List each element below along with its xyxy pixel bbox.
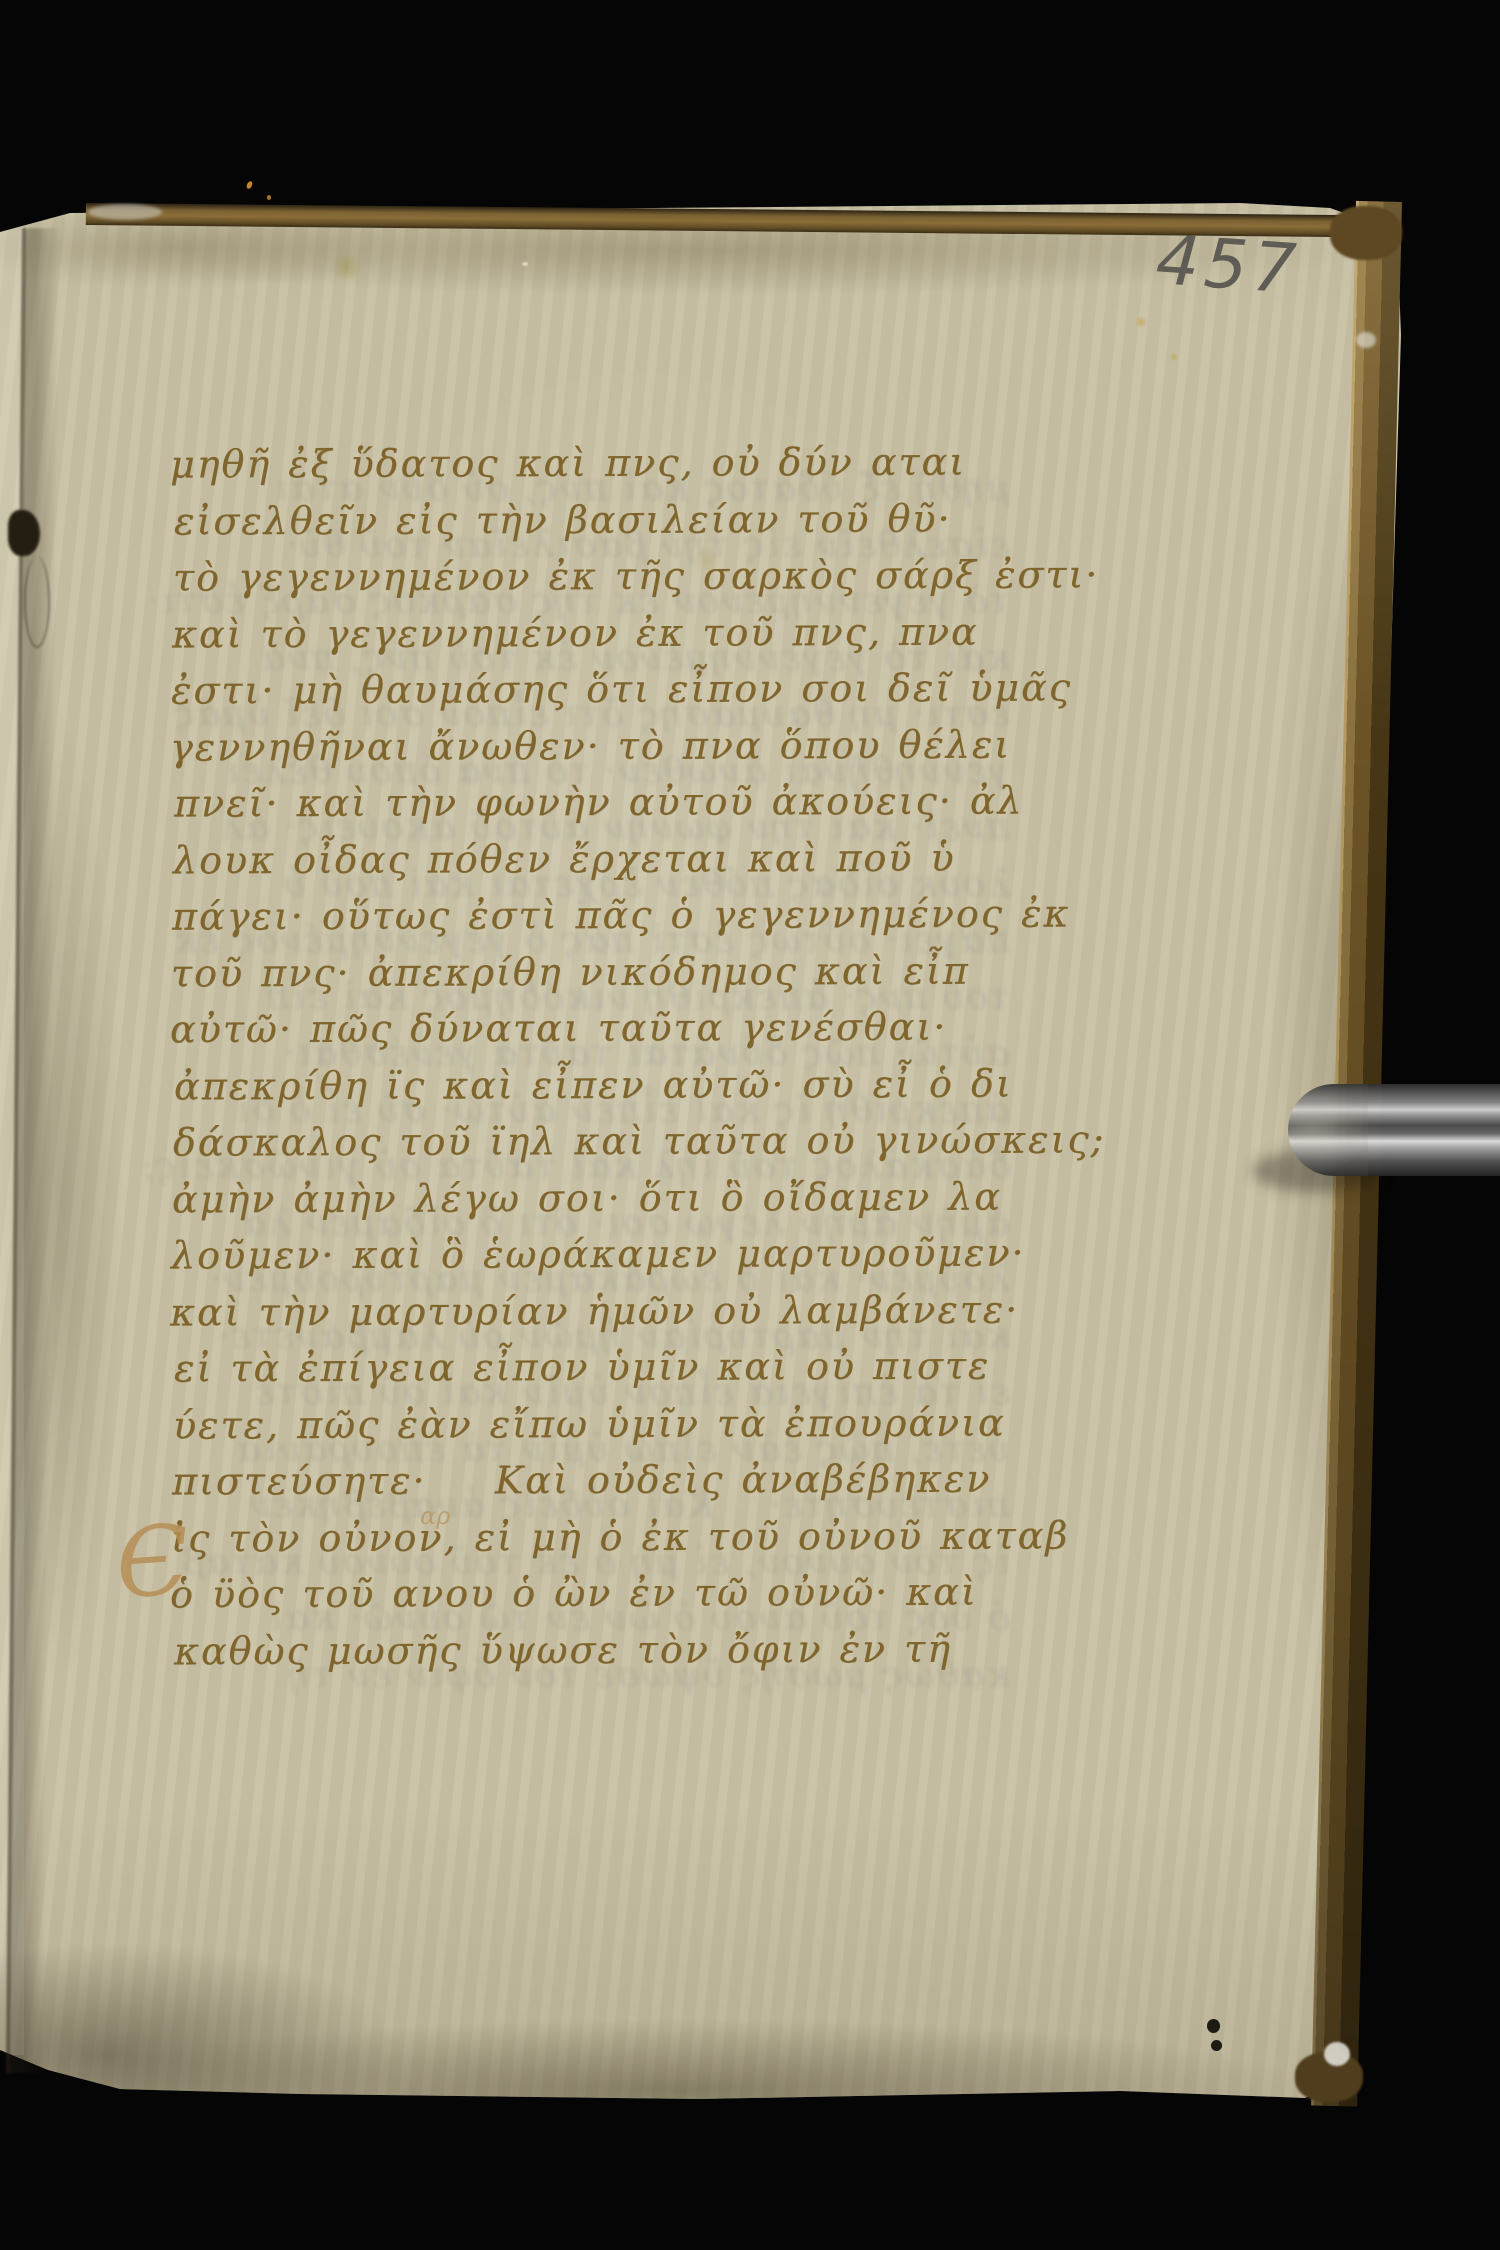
text-line: τὸ γεγεννημένον ἐκ τῆς σαρκὸς σάρξ ἐστι· bbox=[173, 552, 1099, 599]
text-line: δάσκαλος τοῦ ϊηλ καὶ ταῦτα οὐ γινώσκεις; bbox=[173, 1117, 1106, 1164]
text-line: καθὼς μωσῆς ὕψωσε τὸν ὄφιν ἐν τῆ bbox=[174, 1626, 952, 1673]
text-line: εἰ τὰ ἐπίγεια εἶπον ὑμῖν καὶ οὐ πιστε bbox=[174, 1344, 990, 1391]
glass-page-weight-rod bbox=[1288, 1084, 1500, 1176]
dust-speck bbox=[267, 195, 271, 200]
top-edge-scuff bbox=[88, 204, 162, 220]
ink-dot bbox=[1207, 2019, 1220, 2033]
text-line: καὶ τὴν μαρτυρίαν ἡμῶν οὐ λαμβάνετε· bbox=[170, 1287, 1019, 1334]
folio-number: 457 bbox=[1153, 221, 1303, 310]
text-line: αὐτῶ· πῶς δύναται ταῦτα γενέσθαι· bbox=[170, 1005, 947, 1052]
text-line: ἐστι· μὴ θαυμάσης ὅτι εἶπον σοι δεῖ ὑμᾶς bbox=[171, 665, 1072, 712]
text-line: ὁ ϋὸς τοῦ ανου ὁ ὢν ἐν τῶ οὐνῶ· καὶ bbox=[170, 1570, 978, 1617]
text-line: ἀπεκρίθη ϊς καὶ εἶπεν αὐτῶ· σὺ εἶ ὁ δι bbox=[174, 1061, 1013, 1108]
binding-notch bbox=[8, 510, 40, 556]
ink-dot bbox=[1211, 2040, 1222, 2051]
text-line: μηθῆ ἐξ ὕδατος καὶ πνς, οὐ δύν αται bbox=[170, 440, 966, 487]
text-line: λουκ οἶδας πόθεν ἔρχεται καὶ ποῦ ὑ bbox=[173, 835, 956, 882]
text-line: καὶ τὸ γεγεννημένον ἐκ τοῦ πνς, πνα bbox=[172, 609, 979, 656]
text-line: πνεῖ· καὶ τὴν φωνὴν αὐτοῦ ἀκούεις· ἀλ bbox=[174, 779, 1024, 826]
manuscript-photo: μηθῆ ἐξ ὕδατος καὶ πνς, οὐ δύν αταιεἰσελ… bbox=[0, 0, 1500, 2250]
dust-speck bbox=[522, 262, 528, 266]
corner-scuff bbox=[1356, 332, 1376, 348]
lection-mark: αρ bbox=[420, 1502, 450, 1530]
text-line: ἰς τὸν οὐνον, εἰ μὴ ὁ ἐκ τοῦ οὐνοῦ καταβ bbox=[171, 1513, 1069, 1560]
text-line: πάγει· οὕτως ἐστὶ πᾶς ὁ γεγεννημένος ἐκ bbox=[172, 891, 1070, 938]
text-line: γεννηθῆναι ἄνωθεν· τὸ πνα ὅπου θέλει bbox=[170, 722, 1011, 769]
text-line: λοῦμεν· καὶ ὃ ἑωράκαμεν μαρτυροῦμεν· bbox=[171, 1231, 1026, 1278]
text-line: τοῦ πνς· ἀπεκρίθη νικόδημος καὶ εἶπ bbox=[171, 948, 970, 995]
text-line: ύετε, πῶς ἐὰν εἴπω ὑμῖν τὰ ἐπουράνια bbox=[173, 1400, 1006, 1447]
corner-scuff bbox=[1324, 2042, 1350, 2066]
text-line: πιστεύσητε· Καὶ οὐδεὶς ἀναβέβηκεν bbox=[172, 1457, 991, 1504]
page-corner-top-right bbox=[1330, 206, 1402, 260]
marginal-initial: Є bbox=[112, 1504, 193, 1621]
dust-speck bbox=[246, 180, 254, 189]
text-line: εἰσελθεῖν εἰς τὴν βασιλείαν τοῦ θῦ· bbox=[174, 496, 952, 543]
text-line: ἀμὴν ἀμὴν λέγω σοι· ὅτι ὃ οἴδαμεν λα bbox=[172, 1174, 1002, 1221]
binding-crease bbox=[24, 556, 50, 648]
